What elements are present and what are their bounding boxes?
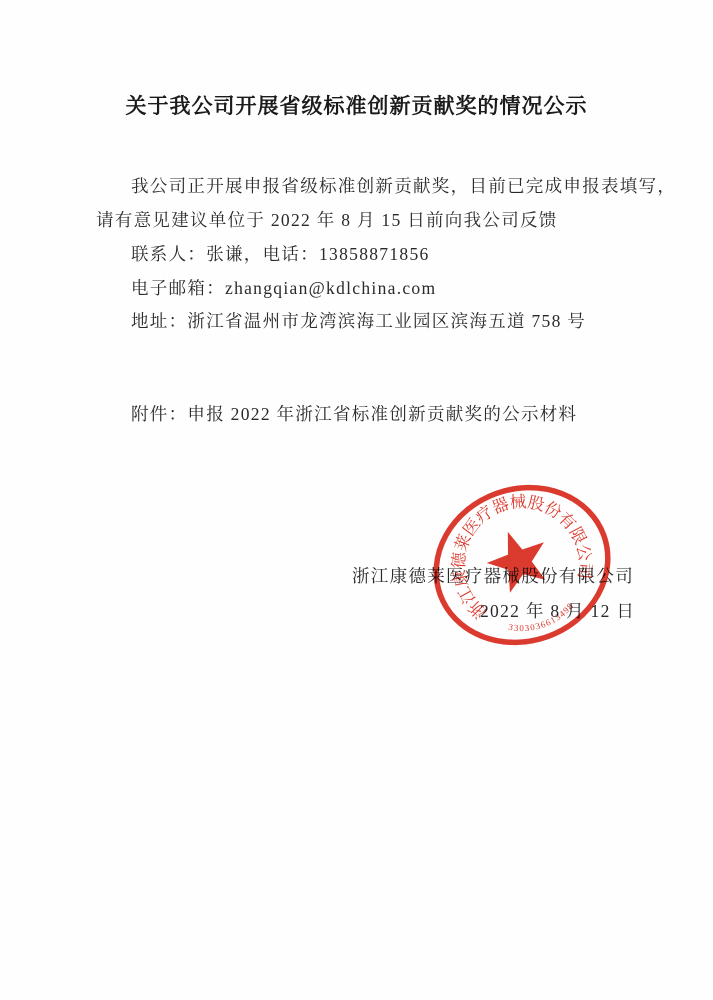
document-title: 关于我公司开展省级标准创新贡献奖的情况公示 [0,90,713,120]
signature-company: 浙江康德莱医疗器械股份有限公司 [352,565,634,587]
body-line-1: 我公司正开展申报省级标准创新贡献奖，目前已完成申报表填写， [131,175,676,197]
contact-email-line: 电子邮箱：zhangqian@kdlchina.com [131,277,436,299]
contact-person-line: 联系人：张谦，电话：13858871856 [131,243,430,265]
contact-address-line: 地址：浙江省温州市龙湾滨海工业园区滨海五道 758 号 [131,310,586,332]
document-page: 关于我公司开展省级标准创新贡献奖的情况公示 我公司正开展申报省级标准创新贡献奖，… [0,0,713,1000]
signature-date: 2022 年 8 月 12 日 [480,600,635,622]
seal-top-arc-path [448,491,588,617]
body-line-2: 请有意见建议单位于 2022 年 8 月 15 日前向我公司反馈 [96,209,558,231]
attachment-line: 附件：申报 2022 年浙江省标准创新贡献奖的公示材料 [131,403,577,425]
